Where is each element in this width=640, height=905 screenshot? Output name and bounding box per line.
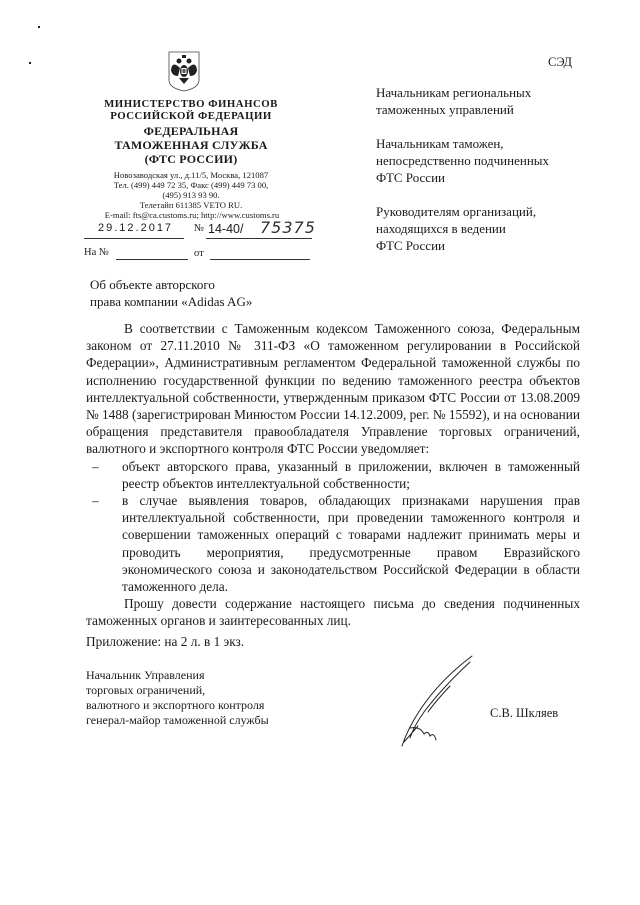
reference-row: На № от: [84, 247, 314, 263]
scan-speck: [38, 26, 40, 28]
signer-name: С.В. Шкляев: [490, 706, 558, 721]
list-item: – объект авторского права, указанный в п…: [86, 458, 580, 492]
registration-row: 29.12.2017 № 14-40/ 75375: [84, 222, 314, 242]
sed-stamp: СЭД: [548, 55, 572, 70]
coat-of-arms-icon: [166, 50, 202, 92]
dash-bullet: –: [92, 492, 99, 509]
service-name: ФЕДЕРАЛЬНАЯ ТАМОЖЕННАЯ СЛУЖБА (ФТС РОССИ…: [84, 124, 298, 166]
closing-paragraph: Прошу довести содержание настоящего пись…: [86, 595, 580, 629]
recipient: Начальникам региональных таможенных упра…: [376, 84, 616, 118]
letter-body: В соответствии с Таможенным кодексом Там…: [86, 320, 580, 630]
list-item: – в случае выявления товаров, обладающих…: [86, 492, 580, 595]
scan-speck: [29, 62, 31, 64]
handwritten-number: 75375: [260, 218, 316, 237]
address-block: Новозаводская ул., д.11/5, Москва, 12108…: [84, 170, 298, 210]
reference-date-blank: [210, 259, 310, 260]
date-underline: [84, 238, 184, 239]
registration-date: 29.12.2017: [98, 222, 173, 234]
ministry-name: МИНИСТЕРСТВО ФИНАНСОВ РОССИЙСКОЙ ФЕДЕРАЦ…: [84, 98, 298, 122]
reference-from-label: от: [194, 248, 204, 259]
signer-title: Начальник Управления торговых ограничени…: [86, 668, 269, 728]
handwritten-signature-icon: [380, 650, 480, 750]
attachment-note: Приложение: на 2 л. в 1 экз.: [86, 634, 244, 650]
registration-number: 14-40/: [208, 222, 243, 236]
dash-bullet: –: [92, 458, 99, 475]
number-label: №: [194, 223, 204, 234]
reference-number-blank: [116, 259, 188, 260]
notice-list: – объект авторского права, указанный в п…: [86, 458, 580, 596]
intro-paragraph: В соответствии с Таможенным кодексом Там…: [86, 320, 580, 458]
recipient: Руководителям организаций, находящихся в…: [376, 203, 616, 254]
recipients-block: Начальникам региональных таможенных упра…: [376, 84, 616, 271]
reference-label: На №: [84, 247, 109, 258]
number-underline: [206, 238, 312, 239]
letter-subject: Об объекте авторского права компании «Ad…: [90, 276, 252, 310]
recipient: Начальникам таможен, непосредственно под…: [376, 135, 616, 186]
